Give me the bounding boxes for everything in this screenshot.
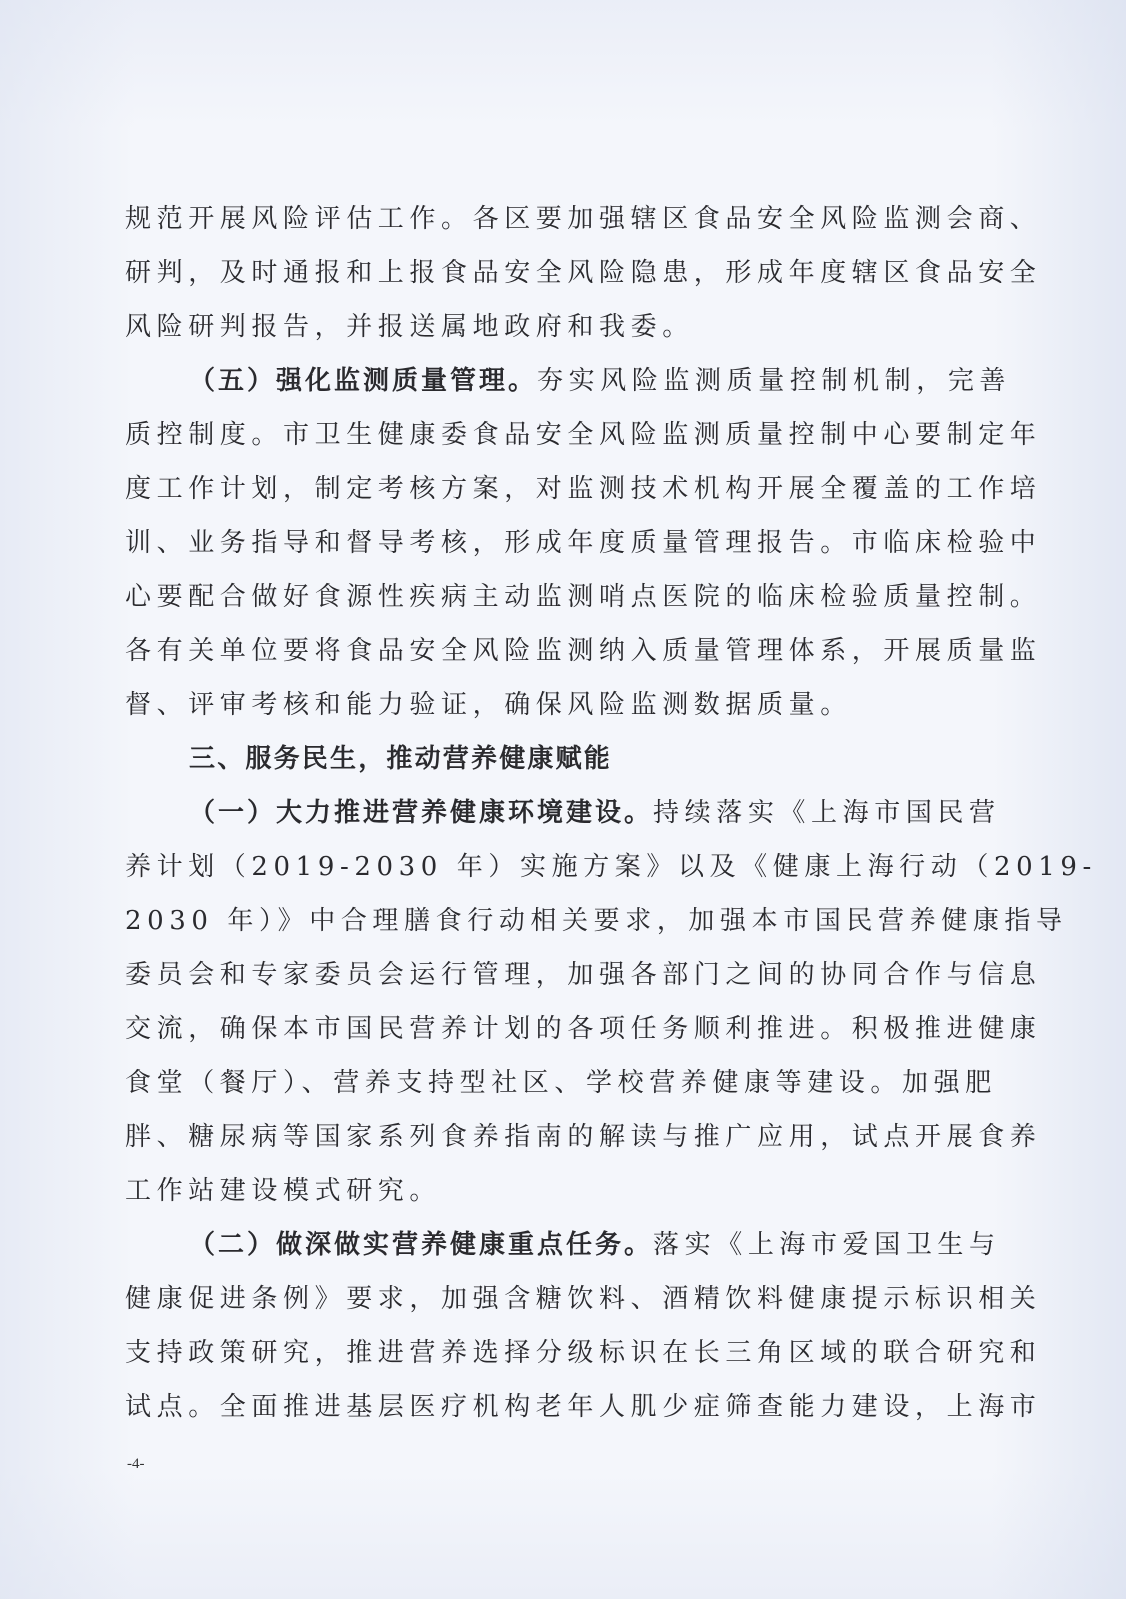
text-line: 支持政策研究，推进营养选择分级标识在长三角区域的联合研究和 bbox=[125, 1326, 991, 1380]
section-title: 三、服务民生，推动营养健康赋能 bbox=[125, 732, 991, 786]
paragraph-risk-assessment: 规范开展风险评估工作。各区要加强辖区食品安全风险监测会商、 研判，及时通报和上报… bbox=[125, 192, 991, 354]
text-run: 持续落实《上海市国民营 bbox=[653, 798, 1001, 828]
text-run: 落实《上海市爱国卫生与 bbox=[653, 1230, 1001, 1260]
text-line: 养计划（2019-2030 年）实施方案》以及《健康上海行动（2019- bbox=[125, 840, 991, 894]
text-line: 质控制度。市卫生健康委食品安全风险监测质量控制中心要制定年 bbox=[125, 408, 991, 462]
text-line: 训、业务指导和督导考核，形成年度质量管理报告。市临床检验中 bbox=[125, 516, 991, 570]
text-line: 试点。全面推进基层医疗机构老年人肌少症筛查能力建设，上海市 bbox=[125, 1380, 991, 1434]
subsection-heading: （五）强化监测质量管理。 bbox=[189, 366, 537, 396]
text-line: 2030 年）》中合理膳食行动相关要求，加强本市国民营养健康指导 bbox=[125, 894, 991, 948]
text-line: 督、评审考核和能力验证，确保风险监测数据质量。 bbox=[125, 678, 991, 732]
text-line: 心要配合做好食源性疾病主动监测哨点医院的临床检验质量控制。 bbox=[125, 570, 991, 624]
document-body: 规范开展风险评估工作。各区要加强辖区食品安全风险监测会商、 研判，及时通报和上报… bbox=[125, 192, 991, 1434]
paragraph-section-3-1: （一）大力推进营养健康环境建设。持续落实《上海市国民营 养计划（2019-203… bbox=[125, 786, 991, 1218]
text-line: 健康促进条例》要求，加强含糖饮料、酒精饮料健康提示标识相关 bbox=[125, 1272, 991, 1326]
paragraph-section-2-5: （五）强化监测质量管理。夯实风险监测质量控制机制，完善 质控制度。市卫生健康委食… bbox=[125, 354, 991, 732]
text-line: （二）做深做实营养健康重点任务。落实《上海市爱国卫生与 bbox=[125, 1218, 991, 1272]
text-line: （一）大力推进营养健康环境建设。持续落实《上海市国民营 bbox=[125, 786, 991, 840]
text-line: 研判，及时通报和上报食品安全风险隐患，形成年度辖区食品安全 bbox=[125, 246, 991, 300]
text-run: 夯实风险监测质量控制机制，完善 bbox=[537, 366, 1011, 396]
paragraph-section-3-2: （二）做深做实营养健康重点任务。落实《上海市爱国卫生与 健康促进条例》要求，加强… bbox=[125, 1218, 991, 1434]
text-line: 交流，确保本市国民营养计划的各项任务顺利推进。积极推进健康 bbox=[125, 1002, 991, 1056]
text-line: 度工作计划，制定考核方案，对监测技术机构开展全覆盖的工作培 bbox=[125, 462, 991, 516]
text-line: 各有关单位要将食品安全风险监测纳入质量管理体系，开展质量监 bbox=[125, 624, 991, 678]
subsection-heading: （二）做深做实营养健康重点任务。 bbox=[189, 1230, 653, 1260]
text-line: 胖、糖尿病等国家系列食养指南的解读与推广应用，试点开展食养 bbox=[125, 1110, 991, 1164]
text-line: 工作站建设模式研究。 bbox=[125, 1164, 991, 1218]
text-line: 风险研判报告，并报送属地政府和我委。 bbox=[125, 300, 991, 354]
text-line: 食堂（餐厅）、营养支持型社区、学校营养健康等建设。加强肥 bbox=[125, 1056, 991, 1110]
text-line: （五）强化监测质量管理。夯实风险监测质量控制机制，完善 bbox=[125, 354, 991, 408]
subsection-heading: （一）大力推进营养健康环境建设。 bbox=[189, 798, 653, 828]
text-line: 委员会和专家委员会运行管理，加强各部门之间的协同合作与信息 bbox=[125, 948, 991, 1002]
text-line: 规范开展风险评估工作。各区要加强辖区食品安全风险监测会商、 bbox=[125, 192, 991, 246]
page-number: -4- bbox=[127, 1456, 145, 1473]
